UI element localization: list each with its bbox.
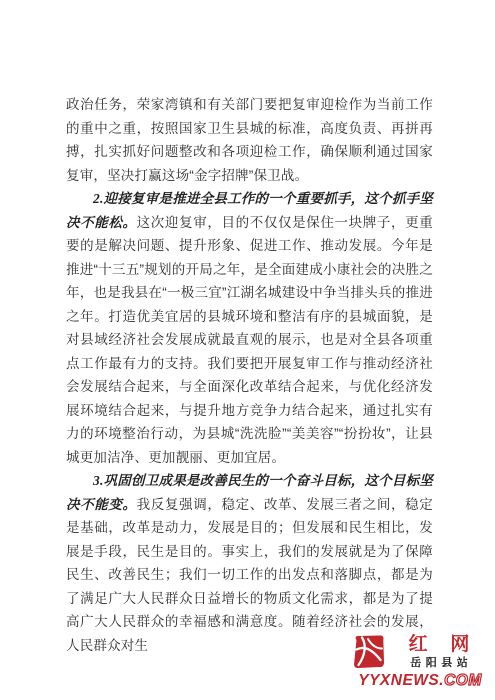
paragraph-3-text: 我反复强调，稳定、改革、发展三者之间，稳定是基础，改革是动力，发展是目的；但发展… [66, 497, 433, 653]
paragraph: 2.迎接复审是推进全县工作的一个重要抓手，这个抓手坚决不能松。这次迎复审，目的不… [66, 187, 433, 469]
article-text: 政治任务，荣家湾镇和有关部门要把复审迎检作为当前工作的重中之重，按照国家卫生县城… [66, 93, 433, 657]
paragraph-2-text: 这次迎复审，目的不仅仅是保住一块牌子，更重要的是解决问题、提升形象、促进工作、推… [66, 215, 433, 465]
document-page: 政治任务，荣家湾镇和有关部门要把复审迎检作为当前工作的重中之重，按照国家卫生县城… [0, 0, 495, 700]
station-name: 岳阳县站 [391, 657, 492, 669]
domain-solid-text: YYXNEWS. [358, 672, 444, 689]
site-watermark: 红 网 岳阳县站 YYXNEWS.COM [353, 635, 487, 689]
hongwang-logo-icon [353, 635, 384, 668]
domain-outline-text: COM [444, 672, 482, 689]
paragraph-1-text: 政治任务，荣家湾镇和有关部门要把复审迎检作为当前工作的重中之重，按照国家卫生县城… [66, 97, 433, 183]
site-name: 红 网 [391, 635, 495, 655]
paragraph: 政治任务，荣家湾镇和有关部门要把复审迎检作为当前工作的重中之重，按照国家卫生县城… [66, 93, 433, 187]
paragraph: 3.巩固创卫成果是改善民生的一个奋斗目标，这个目标坚决不能变。我反复强调，稳定、… [66, 469, 433, 657]
site-domain: YYXNEWS.COM [353, 672, 487, 689]
